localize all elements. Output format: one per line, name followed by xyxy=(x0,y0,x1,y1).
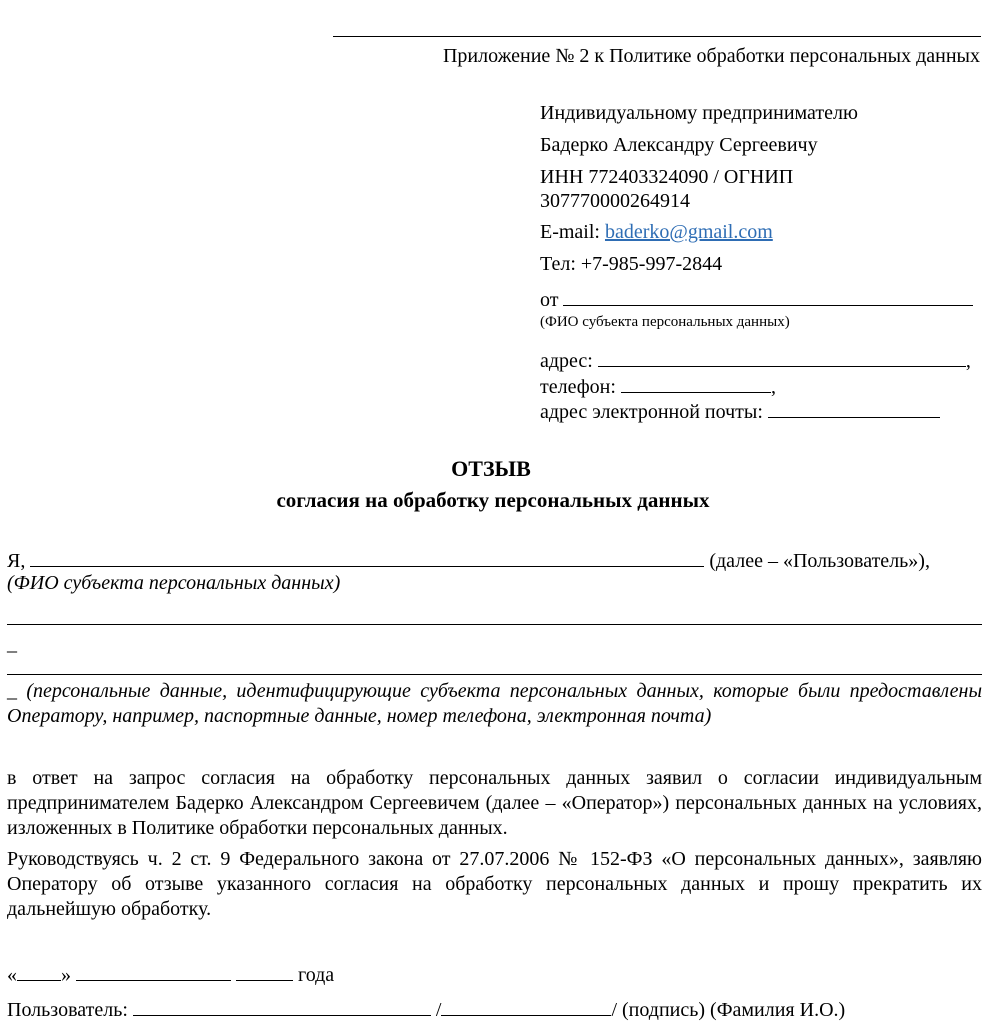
email-field[interactable] xyxy=(768,397,940,418)
email-link[interactable]: baderko@gmail.com xyxy=(605,221,773,243)
slash2: / xyxy=(611,999,617,1021)
i-label: Я, xyxy=(7,550,25,572)
appendix-title: Приложение № 2 к Политике обработки перс… xyxy=(443,45,980,68)
user-suffix: (далее – «Пользователь»), xyxy=(709,550,930,572)
addressee-inn: ИНН 772403324090 / ОГНИП xyxy=(540,166,793,189)
phone-row: телефон: , xyxy=(540,372,776,399)
address-row: адрес: , xyxy=(540,346,971,373)
personal-data-caption: _ (персональные данные, идентифицирующие… xyxy=(7,679,982,729)
personal-data-caption-text: (персональные данные, идентифицирующие с… xyxy=(7,680,982,727)
year-field[interactable] xyxy=(236,960,293,981)
signature-field[interactable] xyxy=(133,995,431,1016)
email-field-row: адрес электронной почты: xyxy=(540,397,940,424)
user-fio-field[interactable] xyxy=(30,546,704,567)
phone-label: телефон: xyxy=(540,376,616,398)
document-subtitle: согласия на обработку персональных данны… xyxy=(0,488,986,513)
personal-data-line1[interactable] xyxy=(7,624,982,625)
date-close-quote: » xyxy=(61,964,71,986)
i-row: Я, (далее – «Пользователь»), xyxy=(7,546,930,573)
year-label: года xyxy=(298,964,334,986)
fio-caption: (ФИО субъекта персональных данных) xyxy=(7,572,340,595)
date-row: «» года xyxy=(7,960,334,987)
paragraph-consent: в ответ на запрос согласия на обработку … xyxy=(7,766,982,841)
document-title: ОТЗЫВ xyxy=(0,456,984,482)
phone-field[interactable] xyxy=(621,372,771,393)
paragraph-revocation: Руководствуясь ч. 2 ст. 9 Федерального з… xyxy=(7,847,982,922)
name-field[interactable] xyxy=(441,995,611,1016)
month-field[interactable] xyxy=(76,960,231,981)
dash1: _ xyxy=(7,633,17,656)
from-label: от xyxy=(540,289,558,311)
addressee-email-row: E-mail: baderko@gmail.com xyxy=(540,221,773,244)
email-label: E-mail: xyxy=(540,221,605,243)
address-label: адрес: xyxy=(540,350,593,372)
user-label: Пользователь: xyxy=(7,999,128,1021)
signature-row: Пользователь: // (подпись) (Фамилия И.О.… xyxy=(7,995,845,1022)
top-rule xyxy=(333,36,981,37)
day-field[interactable] xyxy=(17,960,61,981)
from-row: от xyxy=(540,285,973,312)
addressee-phone: Тел: +7-985-997-2844 xyxy=(540,253,722,276)
personal-data-line2[interactable] xyxy=(7,674,982,675)
date-open-quote: « xyxy=(7,964,17,986)
addressee-line2: Бадерко Александру Сергеевичу xyxy=(540,134,818,157)
address-field[interactable] xyxy=(598,346,966,367)
addressee-line1: Индивидуальному предпринимателю xyxy=(540,102,858,125)
signature-caption: (подпись) (Фамилия И.О.) xyxy=(622,999,845,1021)
addressee-ognip: 307770000264914 xyxy=(540,190,690,213)
from-caption: (ФИО субъекта персональных данных) xyxy=(540,314,790,331)
dash2: _ xyxy=(7,680,17,702)
from-field[interactable] xyxy=(563,285,973,306)
email-field-label: адрес электронной почты: xyxy=(540,401,763,423)
